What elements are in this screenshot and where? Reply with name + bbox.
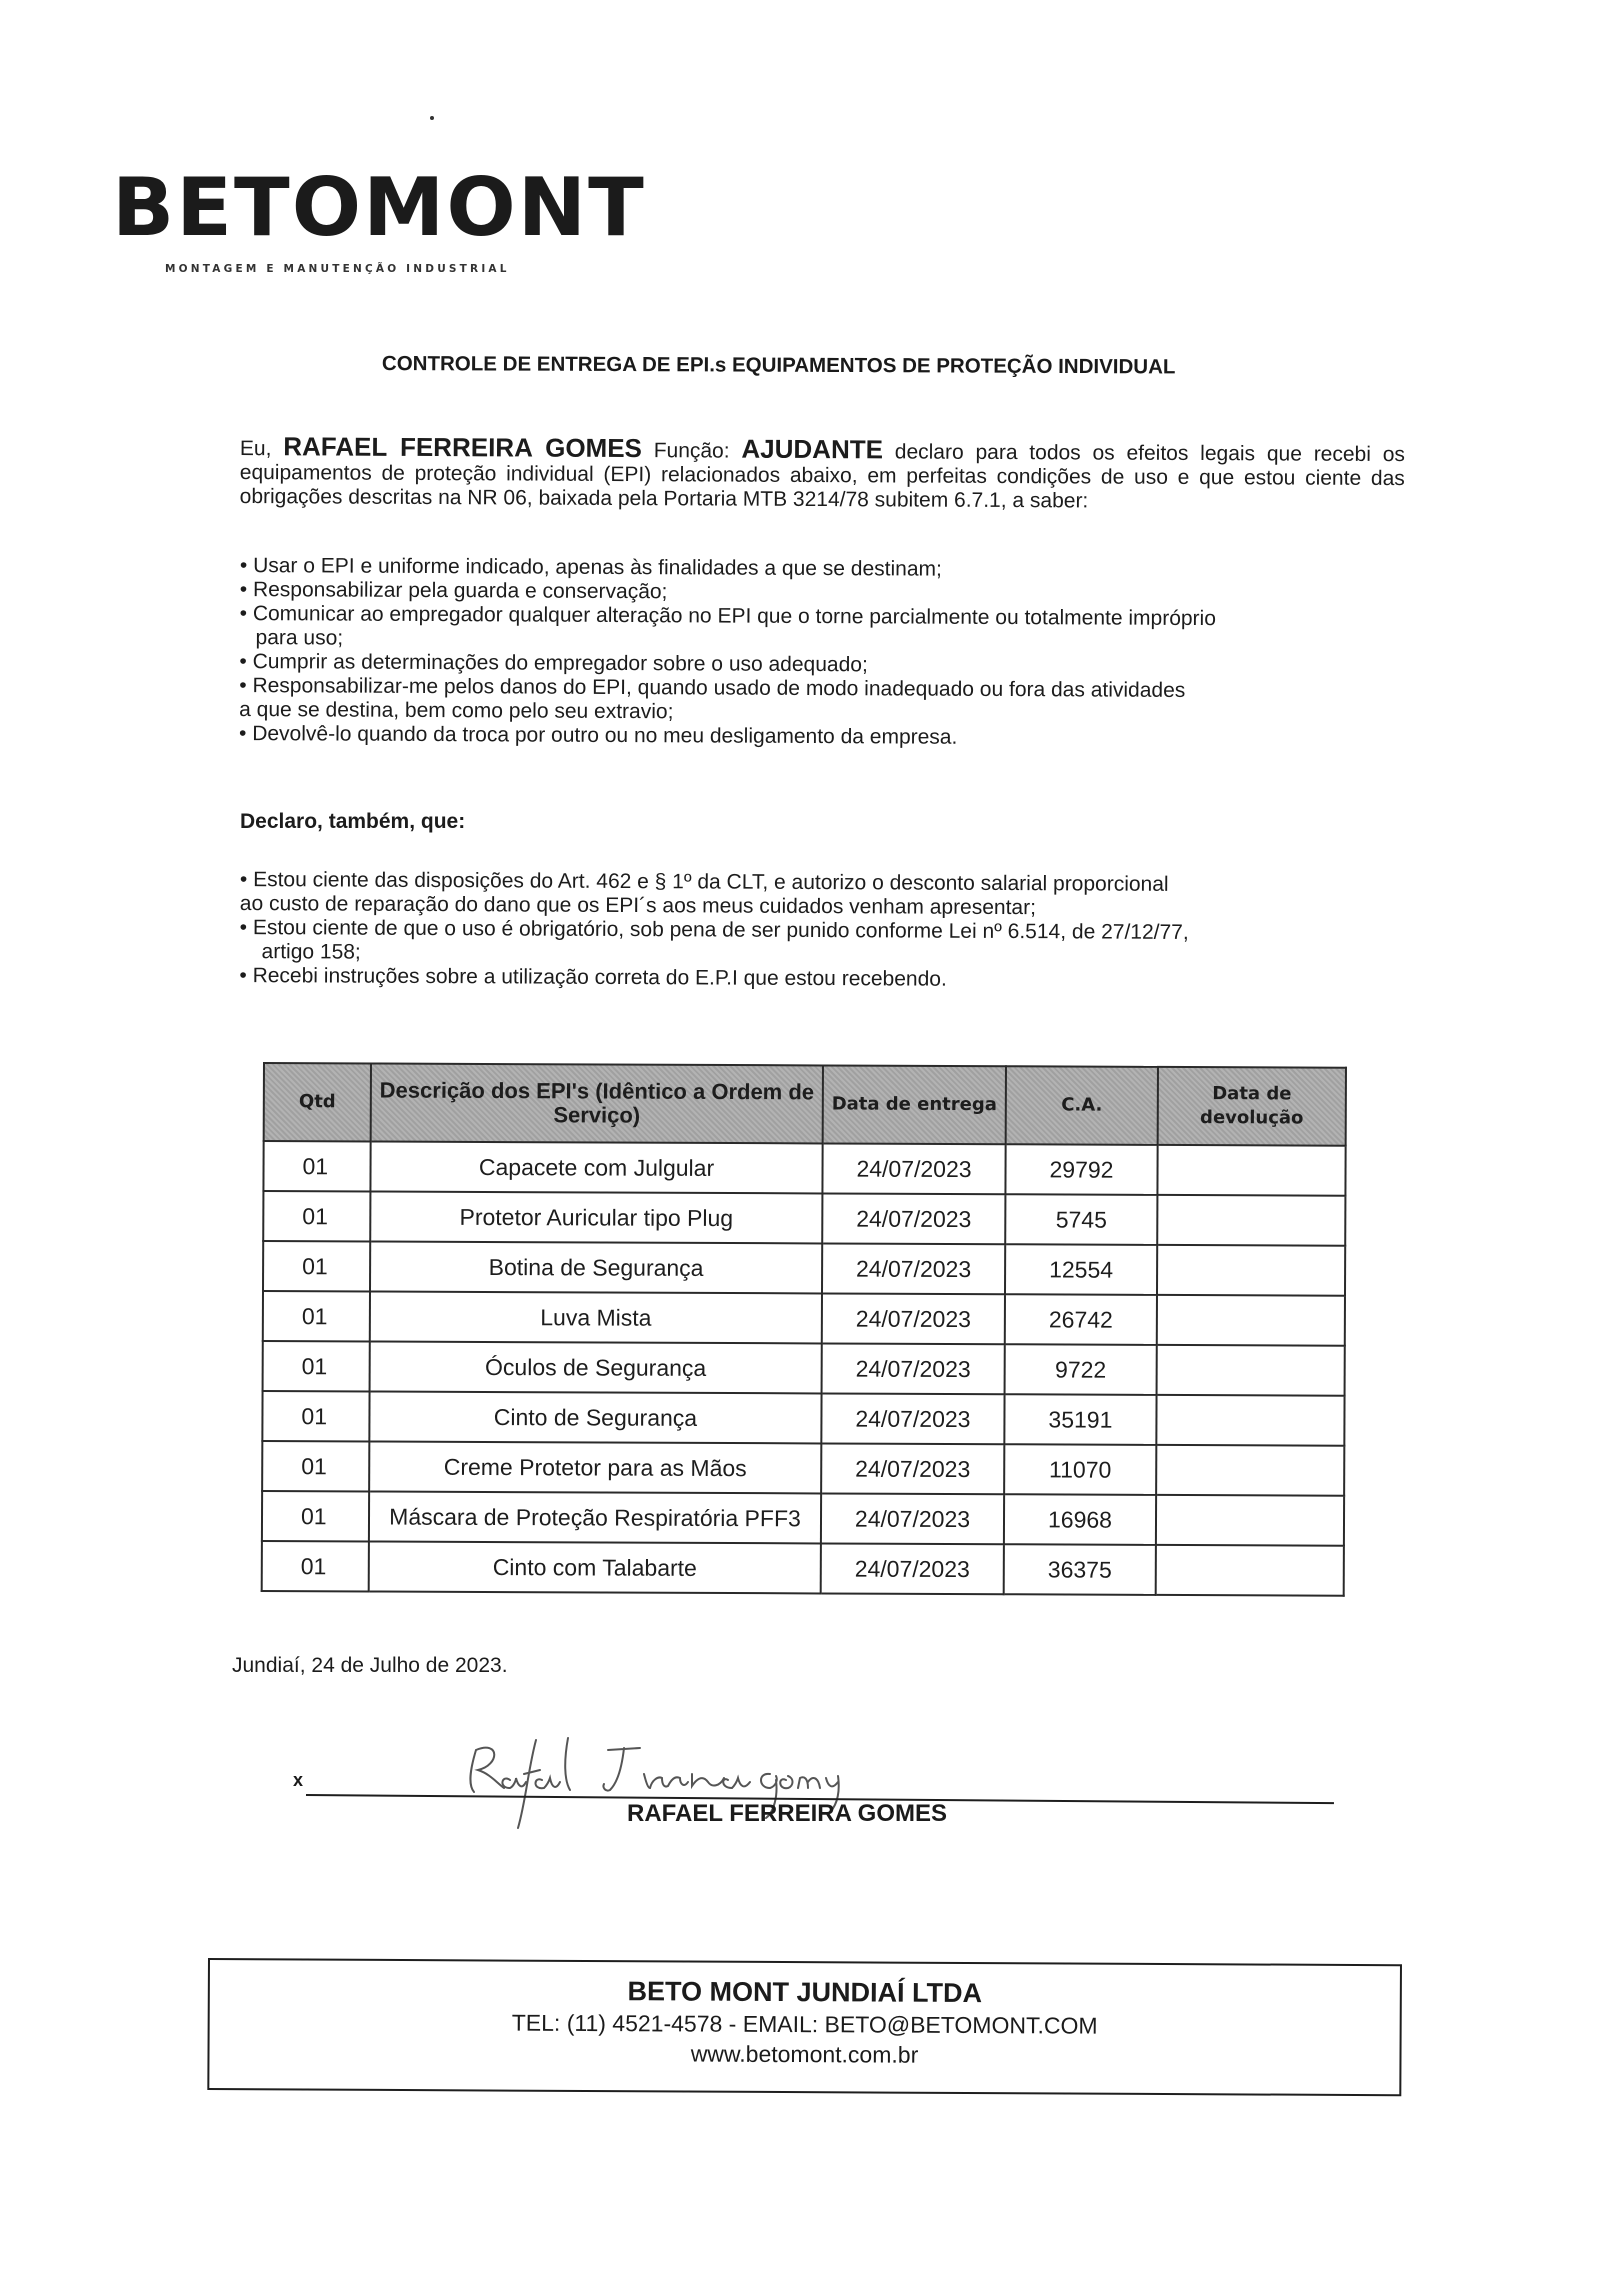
cell-ca: 5745 xyxy=(1005,1194,1157,1245)
intro-paragraph: Eu, RAFAEL FERREIRA GOMES Função: AJUDAN… xyxy=(240,434,1405,515)
header-return-date: Data de devolução xyxy=(1158,1067,1346,1146)
cell-description: Óculos de Segurança xyxy=(370,1341,822,1393)
cell-description: Protetor Auricular tipo Plug xyxy=(370,1191,822,1243)
header-ca: C.A. xyxy=(1006,1066,1158,1145)
table-row: 01Luva Mista24/07/202326742 xyxy=(263,1291,1345,1346)
cell-delivery-date: 24/07/2023 xyxy=(821,1493,1004,1544)
cell-qtd: 01 xyxy=(262,1391,369,1441)
cell-delivery-date: 24/07/2023 xyxy=(821,1543,1004,1594)
cell-description: Botina de Segurança xyxy=(370,1241,822,1293)
declarations-list: • Estou ciente das disposições do Art. 4… xyxy=(239,868,1405,994)
table-row: 01Creme Protetor para as Mãos24/07/20231… xyxy=(262,1441,1344,1496)
cell-delivery-date: 24/07/2023 xyxy=(822,1343,1005,1394)
cell-return-date xyxy=(1156,1545,1344,1596)
signer-name: RAFAEL FERREIRA GOMES xyxy=(627,1800,947,1828)
cell-description: Creme Protetor para as Mãos xyxy=(369,1441,821,1493)
table-row: 01Protetor Auricular tipo Plug24/07/2023… xyxy=(263,1191,1345,1246)
role-label: Função: xyxy=(642,439,742,463)
declarations-heading: Declaro, também, que: xyxy=(240,810,465,834)
header-qtd: Qtd xyxy=(264,1063,371,1141)
table-row: 01Máscara de Proteção Respiratória PFF32… xyxy=(262,1491,1344,1546)
intro-prefix: Eu, xyxy=(240,437,283,460)
scan-artifact xyxy=(430,116,434,120)
cell-delivery-date: 24/07/2023 xyxy=(822,1193,1005,1244)
declaration-item: • Recebi instruções sobre a utilização c… xyxy=(239,964,1404,994)
company-tagline: MONTAGEM E MANUTENÇÃO INDUSTRIAL xyxy=(165,263,510,275)
table-header-row: Qtd Descrição dos EPI's (Idêntico a Orde… xyxy=(264,1063,1346,1146)
cell-ca: 16968 xyxy=(1004,1494,1156,1545)
cell-ca: 35191 xyxy=(1004,1394,1156,1445)
header-delivery-date: Data de entrega xyxy=(823,1065,1006,1144)
cell-return-date xyxy=(1156,1395,1344,1446)
cell-ca: 12554 xyxy=(1005,1244,1157,1295)
footer-website: www.betomont.com.br xyxy=(209,2036,1399,2072)
cell-description: Cinto com Talabarte xyxy=(369,1541,821,1593)
cell-return-date xyxy=(1157,1295,1345,1346)
company-logo: BETOMONT xyxy=(112,168,646,248)
cell-return-date xyxy=(1157,1195,1345,1246)
cell-return-date xyxy=(1157,1145,1345,1196)
cell-delivery-date: 24/07/2023 xyxy=(822,1243,1005,1294)
signature-mark: x xyxy=(293,1770,303,1791)
table-row: 01Óculos de Segurança24/07/20239722 xyxy=(263,1341,1345,1396)
employee-role: AJUDANTE xyxy=(741,434,883,465)
cell-description: Máscara de Proteção Respiratória PFF3 xyxy=(369,1491,821,1543)
cell-qtd: 01 xyxy=(263,1291,370,1341)
cell-ca: 11070 xyxy=(1004,1444,1156,1495)
cell-description: Cinto de Segurança xyxy=(369,1391,821,1443)
cell-qtd: 01 xyxy=(262,1441,369,1491)
table-row: 01Cinto com Talabarte24/07/202336375 xyxy=(262,1541,1344,1596)
company-footer: BETO MONT JUNDIAÍ LTDA TEL: (11) 4521-45… xyxy=(207,1958,1402,2096)
cell-description: Capacete com Julgular xyxy=(370,1141,822,1193)
cell-qtd: 01 xyxy=(263,1241,370,1291)
cell-return-date xyxy=(1157,1345,1345,1396)
table-row: 01Capacete com Julgular24/07/202329792 xyxy=(263,1141,1345,1196)
cell-qtd: 01 xyxy=(263,1341,370,1391)
cell-delivery-date: 24/07/2023 xyxy=(822,1293,1005,1344)
cell-return-date xyxy=(1157,1245,1345,1296)
table-row: 01Botina de Segurança24/07/202312554 xyxy=(263,1241,1345,1296)
obligations-list: • Usar o EPI e uniforme indicado, apenas… xyxy=(239,554,1405,752)
cell-ca: 36375 xyxy=(1004,1544,1156,1595)
place-and-date: Jundiaí, 24 de Julho de 2023. xyxy=(232,1654,508,1678)
cell-qtd: 01 xyxy=(263,1191,370,1241)
table-row: 01Cinto de Segurança24/07/202335191 xyxy=(262,1391,1344,1446)
cell-qtd: 01 xyxy=(262,1541,369,1591)
epi-delivery-table: Qtd Descrição dos EPI's (Idêntico a Orde… xyxy=(261,1062,1347,1597)
cell-description: Luva Mista xyxy=(370,1291,822,1343)
employee-name: RAFAEL FERREIRA GOMES xyxy=(283,431,642,463)
cell-ca: 26742 xyxy=(1005,1294,1157,1345)
cell-delivery-date: 24/07/2023 xyxy=(821,1393,1004,1444)
cell-ca: 29792 xyxy=(1005,1144,1157,1195)
cell-return-date xyxy=(1156,1445,1344,1496)
cell-ca: 9722 xyxy=(1005,1344,1157,1395)
obligation-item: • Devolvê-lo quando da troca por outro o… xyxy=(239,722,1404,752)
document-title: CONTROLE DE ENTREGA DE EPI.s EQUIPAMENTO… xyxy=(382,352,1176,379)
cell-delivery-date: 24/07/2023 xyxy=(822,1143,1005,1194)
cell-return-date xyxy=(1156,1495,1344,1546)
cell-delivery-date: 24/07/2023 xyxy=(821,1443,1004,1494)
cell-qtd: 01 xyxy=(263,1141,370,1191)
header-description: Descrição dos EPI's (Idêntico a Ordem de… xyxy=(371,1063,823,1143)
cell-qtd: 01 xyxy=(262,1491,369,1541)
